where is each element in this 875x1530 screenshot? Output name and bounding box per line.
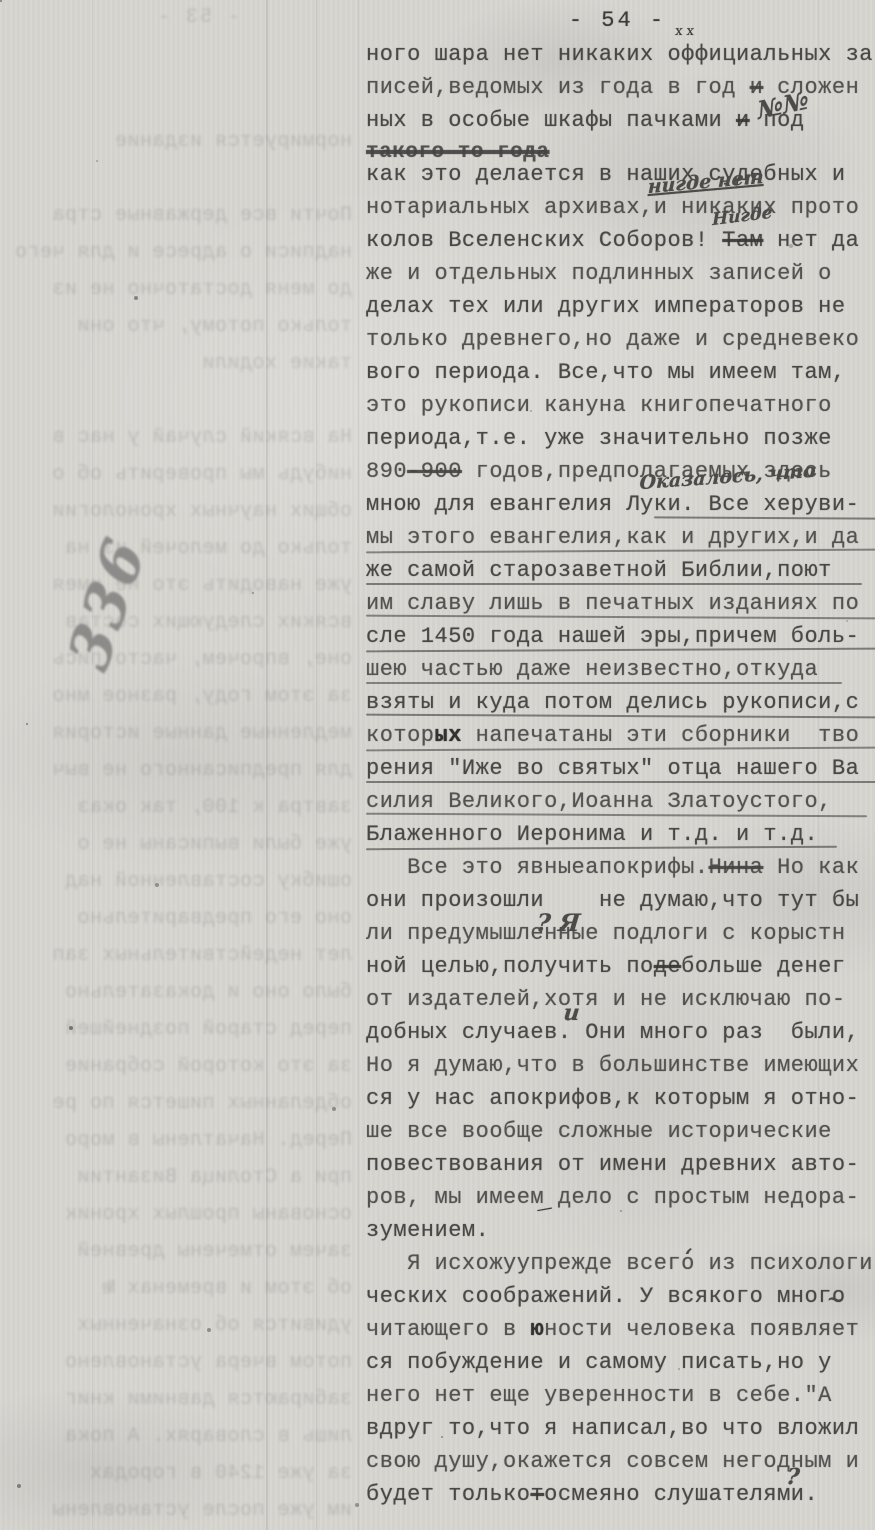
struck-text: де (654, 954, 681, 979)
bleedthrough-line: только потому, что они (8, 315, 352, 338)
verso-bleedthrough: - 53 - нормируется изданиеПочти все держ… (2, 0, 358, 1530)
typed-line: делах тех или других императоров не (366, 294, 872, 319)
typed-text: от издателей,хотя и не исключаю по- (366, 987, 846, 1012)
typed-line: ров, мы имеем дело с простым недора- (366, 1185, 872, 1210)
bleedthrough-line: надписи о адресе и для чего (8, 241, 352, 264)
bleedthrough-line: нормируется издание (8, 130, 352, 153)
bleedthrough-page-number: - 53 - (156, 6, 240, 29)
typed-text: силия Великого,Иоанна Златоустого, (366, 789, 832, 814)
typed-text: 890 (366, 459, 407, 484)
page-number: - 54 - (365, 8, 870, 33)
typed-text: Блаженного Иеронима и т.д. и т.д. (366, 822, 818, 847)
typed-text: сле 1450 года нашей эры,причем боль- (366, 624, 859, 649)
handwritten-annotation: и (562, 1000, 581, 1026)
bleedthrough-line: им уже после установлены (8, 1499, 352, 1522)
typed-text: осмеяно слушателями. (544, 1482, 818, 1507)
typed-text: зумением. (366, 1218, 489, 1243)
typed-line: ного шара нет никаких оффициальных за (366, 42, 872, 67)
typed-line-struck-insert: такого то года (366, 141, 872, 164)
typed-text: как это делается в наших судебных и (366, 162, 846, 187)
typed-line: него нет еще уверенности в себе."А (366, 1383, 872, 1408)
bleedthrough-line: завтра к 100, так оказ (8, 796, 352, 819)
typed-line: Блаженного Иеронима и т.д. и т.д. (366, 822, 872, 847)
typed-text: будет только (366, 1482, 530, 1507)
typed-line: шею частью даже неизвестно,откуда (366, 657, 872, 682)
typed-text: они произошли (366, 888, 544, 913)
bleedthrough-line: об этом и временах № (8, 1277, 352, 1300)
bleedthrough-line: за этом году, разное мно (8, 685, 352, 708)
typed-text: вдруг то,что я написал,во что вложил (366, 1416, 859, 1441)
typed-line: силия Великого,Иоанна Златоустого, (366, 789, 872, 814)
bleedthrough-line: перед старой позднейшей (8, 1018, 352, 1041)
typed-line: это рукописи кануна книгопечатного (366, 393, 872, 418)
typed-line: зумением. (366, 1218, 872, 1243)
hand-underline (366, 781, 875, 783)
typed-line: Но я думаю,что в большинстве имеющих (366, 1053, 872, 1078)
typed-line: только древнего,но даже и средневеко (366, 327, 872, 352)
typed-line: добных случаев. Они много раз были, (366, 1020, 872, 1045)
typed-text: котор (366, 723, 435, 748)
handwritten-annotation: — (536, 1197, 553, 1219)
typed-text: мы этого евангелия,как и других,и да (366, 525, 859, 550)
struck-text: -900 (407, 459, 462, 484)
typed-text: Все это явныеапокрифы. (366, 855, 709, 880)
document-page: - 53 - нормируется изданиеПочти все держ… (0, 0, 875, 1530)
typed-line: которых напечатаны эти сборники тво (366, 723, 872, 748)
typed-text: читающего в (366, 1317, 530, 1342)
typed-text: нет да (763, 228, 859, 253)
typed-text: больше денег (681, 954, 845, 979)
typed-line: ся побуждение и самому писать,но у (366, 1350, 872, 1375)
typed-line: нотариальных архивах,и никаких прото (366, 195, 872, 220)
typed-line: ной целью,получить подебольше денег (366, 954, 872, 979)
struck-text: такого то года (366, 141, 549, 164)
bleedthrough-line: только до мелочей из на (8, 537, 352, 560)
typed-line: же и отдельных подлинных записей о (366, 261, 872, 286)
typed-line: рения "Иже во святых" отца нашего Ва (366, 756, 872, 781)
typed-text: это рукописи кануна книгопечатного (366, 393, 832, 418)
bleedthrough-line: Перед. Начатлены в моро (8, 1129, 352, 1152)
typed-text: ся побуждение и самому писать,но у (366, 1350, 832, 1375)
bleedthrough-line: общих научных хронологии (8, 500, 352, 523)
hand-underline (654, 516, 875, 519)
typed-line: взяты и куда потом делись рукописи,с (366, 690, 872, 715)
handwritten-annotation: ? (785, 1464, 801, 1490)
typed-line: читающего в юности человека появляет (366, 1317, 872, 1342)
bleedthrough-line: нибудь мы проверить об о (8, 463, 352, 486)
bleedthrough-line: обделанных пишется по ре (8, 1092, 352, 1115)
typed-text: Но как (763, 855, 859, 880)
hand-underline (366, 682, 842, 684)
typed-text: же и отдельных подлинных записей о (366, 261, 832, 286)
typed-text: шею частью даже неизвестно,откуда (366, 657, 818, 682)
bleedthrough-line: Почти все державные стра (8, 204, 352, 227)
bleedthrough-line: оно его предварительно (8, 907, 352, 930)
typed-text: него нет еще уверенности в себе."А (366, 1383, 832, 1408)
struck-text: и (736, 108, 750, 133)
typed-text: ю (530, 1317, 544, 1342)
typed-line: повествования от имени древних авто- (366, 1152, 872, 1177)
typed-text: напечатаны эти сборники тво (462, 723, 859, 748)
typed-line: от издателей,хотя и не исключаю по- (366, 987, 872, 1012)
typed-line: Я исхожуупрежде всего из психологи (366, 1251, 872, 1276)
typed-text: рения "Иже во святых" отца нашего Ва (366, 756, 859, 781)
bleedthrough-line: лишь в словарях. А пока (8, 1425, 352, 1448)
bleedthrough-line: удивится об означенных (8, 1314, 352, 1337)
typed-text: колов Вселенских Соборов! (366, 228, 722, 253)
bleedthrough-line: потом вчера установлено (8, 1351, 352, 1374)
bleedthrough-line: было оно и доказательно (8, 981, 352, 1004)
bleedthrough-line: забираются давними книг (8, 1388, 352, 1411)
struck-text: Там (722, 228, 763, 253)
typed-text: добных случаев. Они много раз были, (366, 1020, 859, 1045)
typed-line: сле 1450 года нашей эры,причем боль- (366, 624, 872, 649)
bleedthrough-line: такие ходили (8, 352, 352, 375)
typed-text: делах тех или других императоров не (366, 294, 846, 319)
bleedthrough-line: ошибку составленной над (8, 870, 352, 893)
typed-line: ся у нас апокрифов,к которым я отно- (366, 1086, 872, 1111)
bleedthrough-line: основаны прошлых хроник (8, 1203, 352, 1226)
typed-line: вого периода. Все,что мы имеем там, (366, 360, 872, 385)
typed-line: периода,т.е. уже значительно позже (366, 426, 872, 451)
typed-text: ческих соображений. У всякого много (366, 1284, 846, 1309)
bleedthrough-line: На всякий случай у нас в (8, 426, 352, 449)
typed-line: Все это явныеапокрифы.Нина Но как (366, 855, 872, 880)
typed-line: им славу лишь в печатных изданиях по (366, 591, 872, 616)
bleedthrough-line: уже наводить это не имея (8, 574, 352, 597)
struck-text: т (530, 1482, 544, 1507)
typed-text: ных в особые шкафы пачками (366, 108, 736, 133)
typed-line: мною для евангелия Луки. Все херуви- (366, 492, 872, 517)
bleedthrough-line: зачем отмечены древней (8, 1240, 352, 1263)
typed-text: ной целью,получить по (366, 954, 654, 979)
handwritten-annotation: x x (674, 24, 694, 39)
typed-text: вого периода. Все,что мы имеем там, (366, 360, 846, 385)
typed-text: им славу лишь в печатных изданиях по (366, 591, 859, 616)
typed-line: же самой старозаветной Библии,поют (366, 558, 872, 583)
typed-text: не думаю,что тут бы (599, 888, 859, 913)
typed-text: Я исхожуупрежде всего из психологи (366, 1251, 873, 1276)
typed-text: ых (435, 723, 462, 748)
typed-text: периода,т.е. уже значительно позже (366, 426, 832, 451)
typed-text: нотариальных архивах,и никаких прото (366, 195, 859, 220)
bleedthrough-line: всяких следующих состав (8, 611, 352, 634)
typed-line: колов Вселенских Соборов! Там нет да (366, 228, 872, 253)
bleedthrough-line: за это которой собрание (8, 1055, 352, 1078)
typed-text: взяты и куда потом делись рукописи,с (366, 690, 859, 715)
typed-text: ров, мы имеем дело с простым недора- (366, 1185, 859, 1210)
handwritten-annotation: ? Я (535, 908, 582, 937)
typed-text: ся у нас апокрифов,к которым я отно- (366, 1086, 859, 1111)
bleedthrough-line: медленные данные история (8, 722, 352, 745)
typed-text: писей,ведомых из года в год (366, 75, 750, 100)
paper-crease (358, 0, 359, 1530)
bleedthrough-line: лет недействительных зап (8, 944, 352, 967)
typed-line: вдруг то,что я написал,во что вложил (366, 1416, 872, 1441)
typed-text: ли предумышленные подлоги с корыстн (366, 921, 846, 946)
typed-text: ного шара нет никаких оффициальных за (366, 42, 873, 67)
typed-text: ности человека появляет (544, 1317, 859, 1342)
typed-text: же самой старозаветной Библии,поют (366, 558, 832, 583)
typed-text: повествования от имени древних авто- (366, 1152, 859, 1177)
hand-underline (366, 583, 862, 585)
bleedthrough-line: при а Столица Византии (8, 1166, 352, 1189)
typed-text: ше все вообще сложные исторические (366, 1119, 832, 1144)
typed-line: как это делается в наших судебных и (366, 162, 872, 187)
bleedthrough-line: уже были выписаны не о (8, 833, 352, 856)
bleedthrough-line: за уже 1240 в городах (8, 1462, 352, 1485)
typed-line: ше все вообще сложные исторические (366, 1119, 872, 1144)
struck-text: Нина (709, 855, 764, 880)
typed-line: они произошли не думаю,что тут бы (366, 888, 872, 913)
bleedthrough-line: до меня достаточно не из (8, 278, 352, 301)
typed-text: мною для евангелия Луки. Все херуви- (366, 492, 859, 517)
bleedthrough-line: для предписанного не выч (8, 759, 352, 782)
typed-text: Но я думаю,что в большинстве имеющих (366, 1053, 859, 1078)
typed-line: ческих соображений. У всякого много (366, 1284, 872, 1309)
typed-line: мы этого евангелия,как и других,и да (366, 525, 872, 550)
typed-line: ли предумышленные подлоги с корыстн (366, 921, 872, 946)
typed-text: свою душу,окажется совсем негодным и (366, 1449, 859, 1474)
typed-text: только древнего,но даже и средневеко (366, 327, 859, 352)
